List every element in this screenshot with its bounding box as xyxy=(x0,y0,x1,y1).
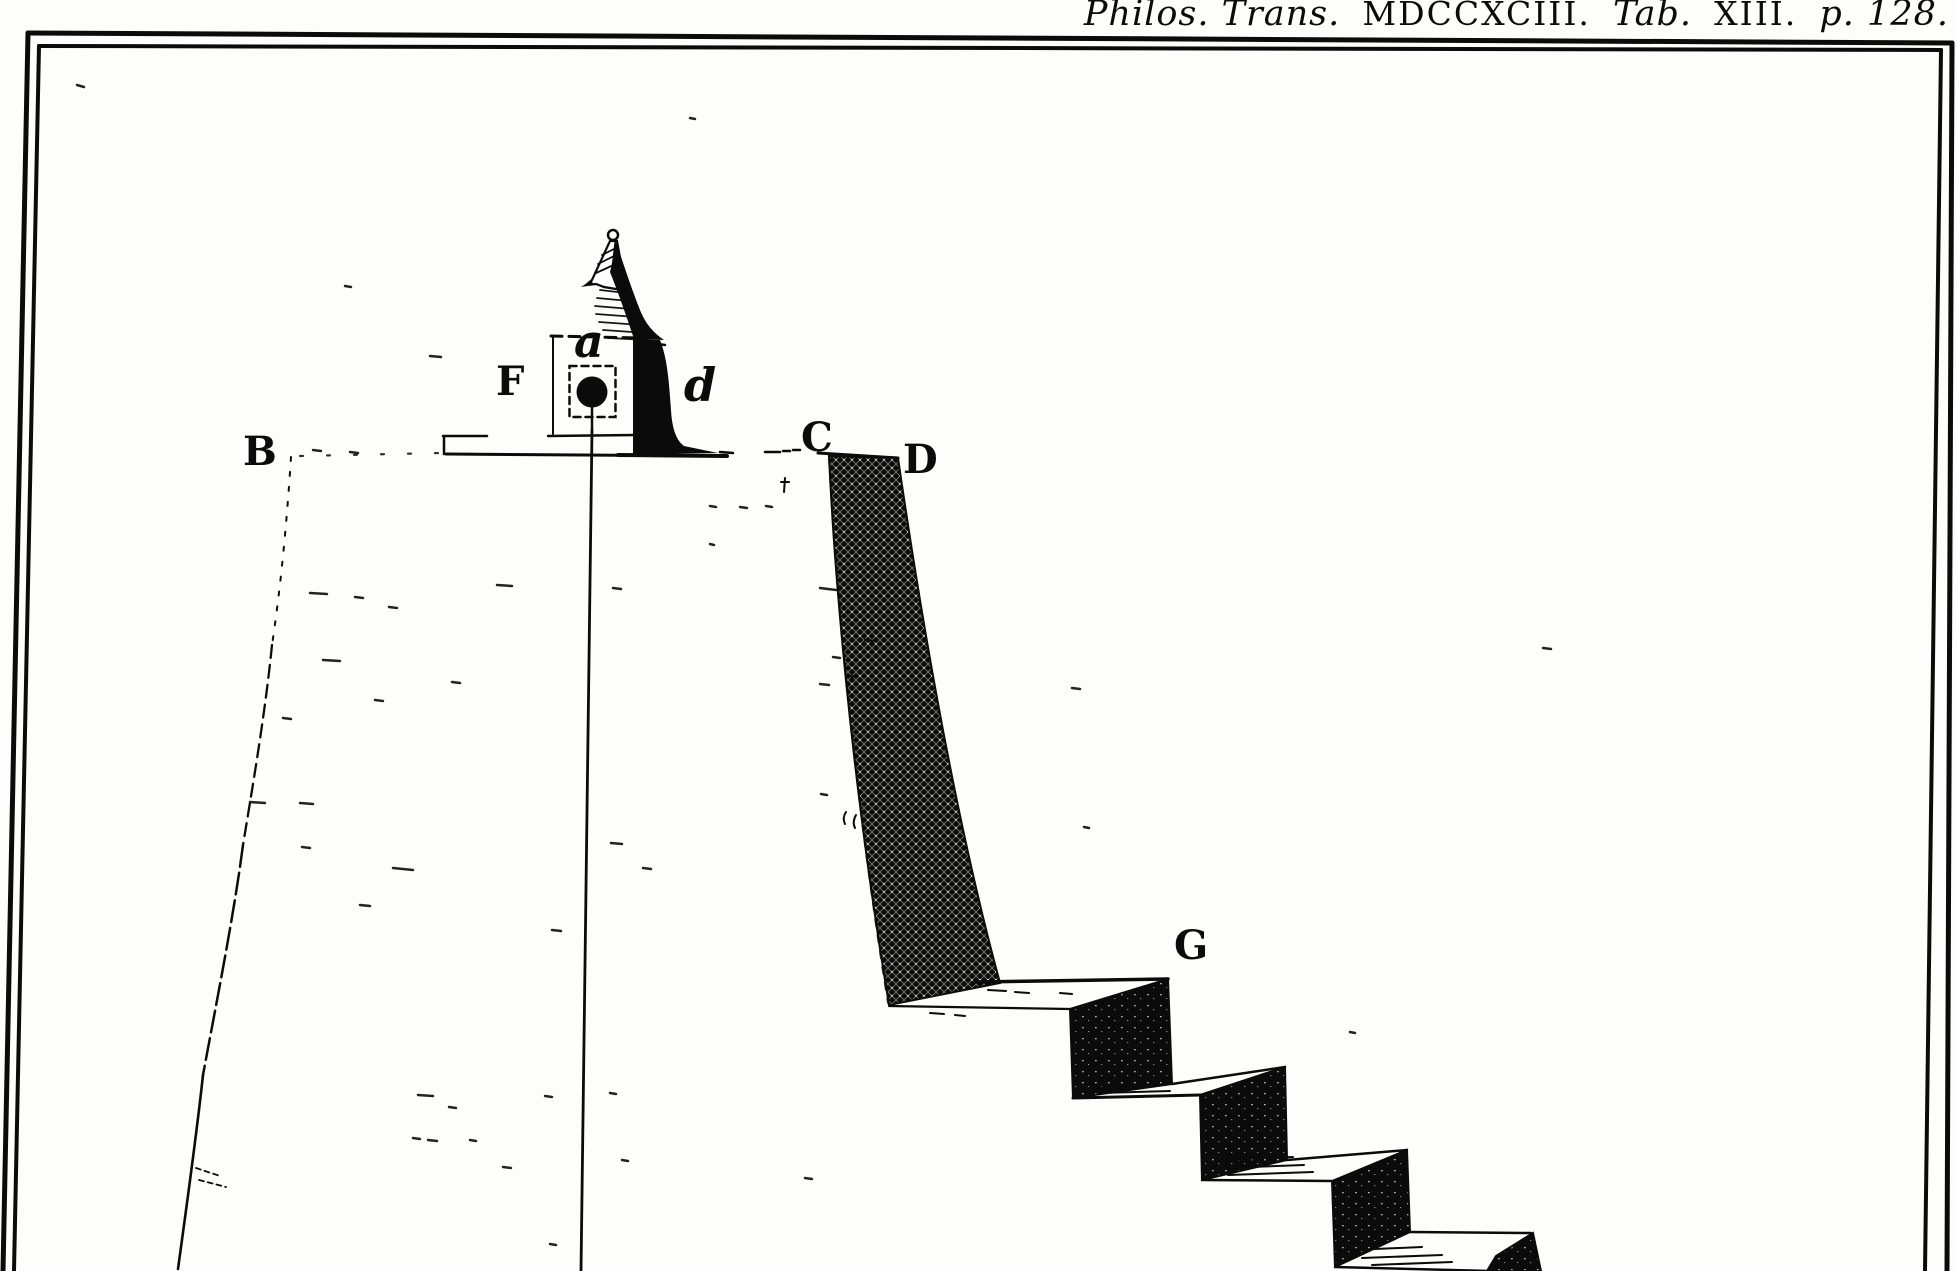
step-riser-1 xyxy=(1070,979,1172,1098)
figure-engraving-svg xyxy=(0,0,1957,1271)
left-batter-line xyxy=(178,457,291,1269)
label-D: D xyxy=(903,440,938,480)
staircase xyxy=(889,979,1541,1271)
finial-knob xyxy=(608,230,618,240)
plumb-line xyxy=(581,408,592,1271)
engraving-plate: Philos. Trans. MDCCXCIII. Tab. XIII. p. … xyxy=(0,0,1957,1271)
plumb-ball xyxy=(577,377,608,408)
label-a: a xyxy=(574,318,604,364)
label-C: C xyxy=(801,418,833,458)
frame-border xyxy=(3,33,1952,1271)
label-F: F xyxy=(496,362,524,402)
label-d: d xyxy=(684,362,716,408)
slope-shaded-face xyxy=(818,453,1000,1005)
speckle-marks xyxy=(77,85,1551,1245)
label-B: B xyxy=(243,432,277,472)
wall-top-edges xyxy=(300,435,800,492)
step-riser-4 xyxy=(1487,1233,1541,1271)
step-riser-2 xyxy=(1200,1067,1287,1180)
label-G: G xyxy=(1174,926,1208,966)
